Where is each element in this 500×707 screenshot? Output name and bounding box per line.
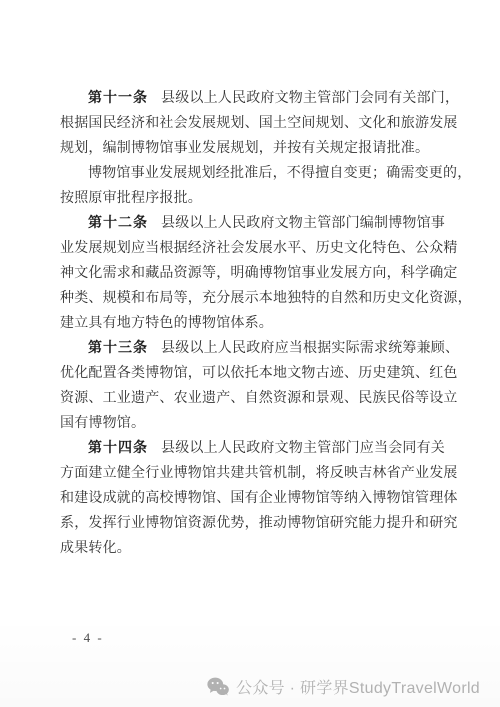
document-text: 第十一条县级以上人民政府文物主管部门会同有关部门，根据国民经济和社会发展规划、国… xyxy=(60,86,454,561)
paragraph: 第十二条县级以上人民政府文物主管部门编制博物馆事业发展规划应当根据经济社会发展水… xyxy=(60,211,454,336)
text-line: 博物馆事业发展规划经批准后，不得擅自变更；确需变更的， xyxy=(60,161,454,186)
text-line: 第十四条县级以上人民政府文物主管部门应当会同有关 xyxy=(60,436,454,461)
text-line: 规划，编制博物馆事业发展规划，并按有关规定报请批准。 xyxy=(60,136,454,161)
text-line: 优化配置各类博物馆，可以依托本地文物古迹、历史建筑、红色 xyxy=(60,361,454,386)
text-line: 资源、工业遗产、农业遗产、自然资源和景观、民族民俗等设立 xyxy=(60,386,454,411)
text-line: 和建设成就的高校博物馆、国有企业博物馆等纳入博物馆管理体 xyxy=(60,486,454,511)
paragraph: 第十三条县级以上人民政府应当根据实际需求统筹兼顾、优化配置各类博物馆，可以依托本… xyxy=(60,336,454,436)
text-line: 成果转化。 xyxy=(60,536,454,561)
text-line: 第十一条县级以上人民政府文物主管部门会同有关部门， xyxy=(60,86,454,111)
text-line: 根据国民经济和社会发展规划、国土空间规划、文化和旅游发展 xyxy=(60,111,454,136)
article-number: 第十一条 xyxy=(88,91,148,106)
paragraph: 第十一条县级以上人民政府文物主管部门会同有关部门，根据国民经济和社会发展规划、国… xyxy=(60,86,454,161)
text-line: 国有博物馆。 xyxy=(60,411,454,436)
text-line: 神文化需求和藏品资源等，明确博物馆事业发展方向，科学确定 xyxy=(60,261,454,286)
line-text: 县级以上人民政府文物主管部门应当会同有关 xyxy=(161,441,445,456)
line-text: 县级以上人民政府文物主管部门会同有关部门， xyxy=(161,91,459,106)
footer-watermark: 公众号 · 研学界StudyTravelWorld xyxy=(207,675,480,698)
text-line: 种类、规模和布局等，充分展示本地独特的自然和历史文化资源， xyxy=(60,286,454,311)
page-number: - 4 - xyxy=(72,630,104,646)
wechat-icon xyxy=(207,677,229,696)
text-line: 第十二条县级以上人民政府文物主管部门编制博物馆事 xyxy=(60,211,454,236)
line-text: 县级以上人民政府文物主管部门编制博物馆事 xyxy=(161,216,445,231)
text-line: 业发展规划应当根据经济社会发展水平、历史文化特色、公众精 xyxy=(60,236,454,261)
article-number: 第十四条 xyxy=(88,441,148,456)
text-line: 系，发挥行业博物馆资源优势，推动博物馆研究能力提升和研究 xyxy=(60,511,454,536)
watermark-text: 公众号 · 研学界StudyTravelWorld xyxy=(236,675,480,698)
text-line: 建立具有地方特色的博物馆体系。 xyxy=(60,311,454,336)
line-text: 县级以上人民政府应当根据实际需求统筹兼顾、 xyxy=(161,341,459,356)
article-number: 第十二条 xyxy=(88,216,148,231)
text-line: 方面建立健全行业博物馆共建共管机制，将反映吉林省产业发展 xyxy=(60,461,454,486)
article-number: 第十三条 xyxy=(88,341,148,356)
text-line: 第十三条县级以上人民政府应当根据实际需求统筹兼顾、 xyxy=(60,336,454,361)
document-page: 第十一条县级以上人民政府文物主管部门会同有关部门，根据国民经济和社会发展规划、国… xyxy=(0,0,500,707)
paragraph: 第十四条县级以上人民政府文物主管部门应当会同有关方面建立健全行业博物馆共建共管机… xyxy=(60,436,454,561)
paragraph: 博物馆事业发展规划经批准后，不得擅自变更；确需变更的，按照原审批程序报批。 xyxy=(60,161,454,211)
text-line: 按照原审批程序报批。 xyxy=(60,186,454,211)
